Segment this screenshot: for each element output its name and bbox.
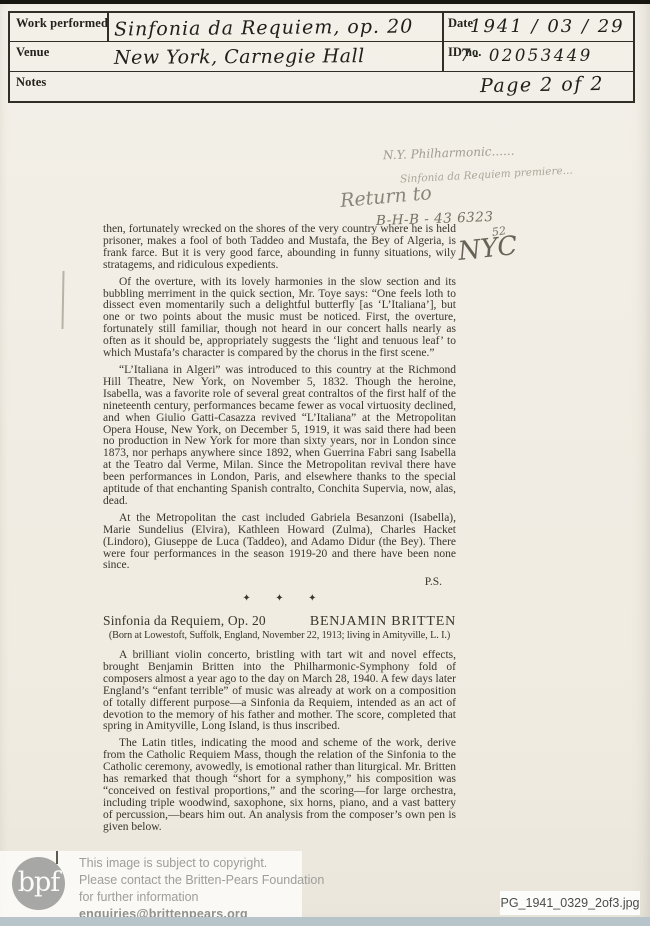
form-row-notes: Notes Page 2 of 2 <box>10 72 633 101</box>
stray-pen-mark <box>56 851 58 864</box>
ornament-divider: ✦ ✦ ✦ <box>103 593 456 605</box>
scanned-document-page: Work performed Sinfonia da Requiem, op. … <box>0 0 650 926</box>
copyright-text-block: This image is subject to copyright. Plea… <box>79 855 324 923</box>
date-handwritten-value: 1941 / 03 / 29 <box>470 16 625 37</box>
copyright-line: This image is subject to copyright. <box>79 855 324 872</box>
composer-birth-note: (Born at Lowestoft, Suffolk, England, No… <box>103 630 456 642</box>
scanner-background-strip <box>0 917 650 926</box>
divider-line <box>107 13 109 41</box>
image-filename: PG_1941_0329_2of3.jpg <box>500 891 640 915</box>
paragraph: A brilliant violin concerto, bristling w… <box>103 650 456 733</box>
form-row-venue: Venue New York, Carnegie Hall ID no. 7- … <box>10 42 633 71</box>
programme-note-text: then, fortunately wrecked on the shores … <box>103 224 456 839</box>
pencil-annotation-philharmonic: N.Y. Philharmonic...... <box>383 144 515 163</box>
pencil-margin-mark <box>61 271 64 329</box>
composer-name: BENJAMIN BRITTEN <box>310 616 456 628</box>
paragraph: Of the overture, with its lovely harmoni… <box>103 277 456 360</box>
pen-annotation-return-to: Return to <box>339 182 432 212</box>
work-performed-handwritten-value: Sinfonia da Requiem, op. 20 <box>114 15 413 40</box>
scan-edge-strip <box>0 0 650 4</box>
paragraph: then, fortunately wrecked on the shores … <box>103 224 456 272</box>
id-no-handwritten-value: 7- 02053449 <box>460 46 593 65</box>
page-note-handwritten: Page 2 of 2 <box>480 73 604 97</box>
bpf-logo-text: bpf <box>18 867 60 901</box>
work-heading-row: Sinfonia da Requiem, Op. 20 BENJAMIN BRI… <box>103 615 456 628</box>
divider-line <box>442 42 444 70</box>
form-row-work-performed: Work performed Sinfonia da Requiem, op. … <box>10 13 633 42</box>
copyright-line: Please contact the Britten-Pears Foundat… <box>79 872 324 889</box>
notes-label: Notes <box>16 75 46 90</box>
work-performed-label: Work performed <box>16 16 108 31</box>
venue-label: Venue <box>16 45 49 60</box>
paragraph: The Latin titles, indicating the mood an… <box>103 738 456 833</box>
copyright-line: for further information <box>79 889 324 906</box>
venue-handwritten-value: New York, Carnegie Hall <box>114 45 365 69</box>
catalogue-form: Work performed Sinfonia da Requiem, op. … <box>8 11 635 103</box>
paragraph: “L’Italiana in Algeri” was introduced to… <box>103 365 456 508</box>
paragraph: At the Metropolitan the cast included Ga… <box>103 513 456 573</box>
pen-annotation-nyc: NYC <box>457 231 519 267</box>
author-initials: P.S. <box>103 577 456 589</box>
bpf-logo: bpf <box>12 857 65 910</box>
work-title: Sinfonia da Requiem, Op. 20 <box>103 615 266 627</box>
divider-line <box>442 13 444 41</box>
